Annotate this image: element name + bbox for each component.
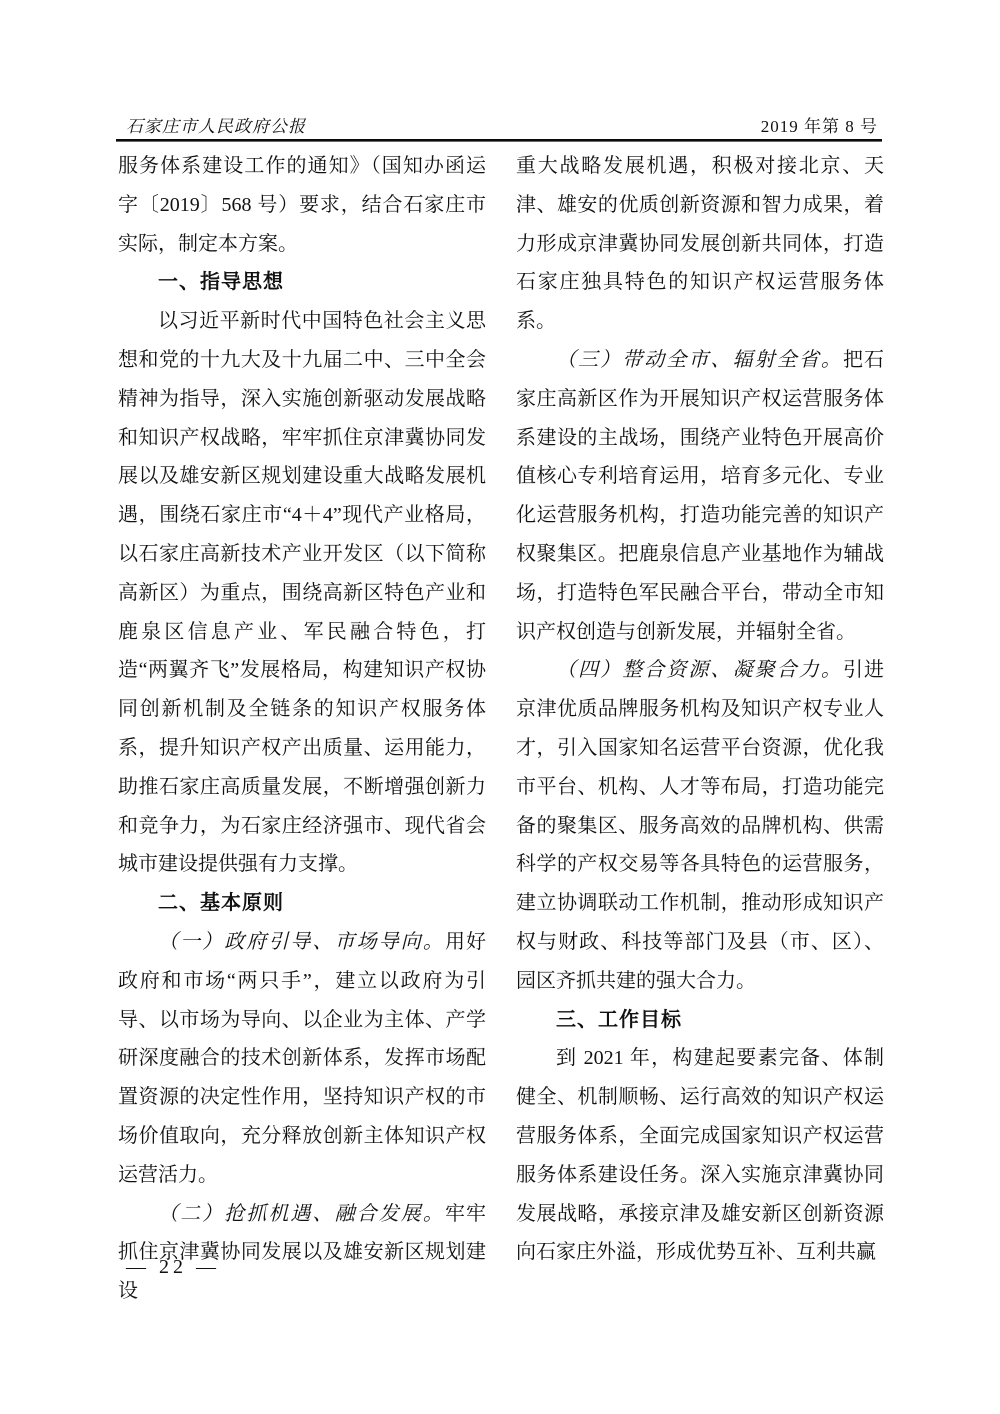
running-header: 石家庄市人民政府公报 2019 年第 8 号	[116, 108, 882, 138]
paragraph: （一）政府引导、市场导向。用好政府和市场“两只手”，建立以政府为引导、以市场为导…	[118, 923, 486, 1195]
header-rule	[116, 139, 882, 142]
paragraph-lead: （三）带动全市、辐射全省。	[556, 349, 843, 371]
page-number: — 22 —	[126, 1256, 220, 1279]
section-heading: 三、工作目标	[516, 1001, 884, 1040]
paragraph-lead: （二）抢抓机遇、融合发展。	[158, 1203, 445, 1225]
paragraph: （四）整合资源、凝聚合力。引进京津优质品牌服务机构及知识产权专业人才，引入国家知…	[516, 651, 884, 1000]
paragraph: （三）带动全市、辐射全省。把石家庄高新区作为开展知识产权运营服务体系建设的主战场…	[516, 341, 884, 651]
section-heading: 二、基本原则	[118, 884, 486, 923]
paragraph-lead: （一）政府引导、市场导向。	[158, 931, 445, 953]
paragraph: 到 2021 年，构建起要素完备、体制健全、机制顺畅、运行高效的知识产权运营服务…	[516, 1039, 884, 1272]
column-right: 重大战略发展机遇，积极对接北京、天津、雄安的优质创新资源和智力成果，着力形成京津…	[516, 147, 884, 1272]
paragraph: 服务体系建设工作的通知》（国知办函运字〔2019〕568 号）要求，结合石家庄市…	[118, 147, 486, 263]
section-heading: 一、指导思想	[118, 263, 486, 302]
paragraph: 以习近平新时代中国特色社会主义思想和党的十九大及十九届二中、三中全会精神为指导，…	[118, 302, 486, 884]
paragraph-lead: （四）整合资源、凝聚合力。	[556, 659, 843, 681]
column-left: 服务体系建设工作的通知》（国知办函运字〔2019〕568 号）要求，结合石家庄市…	[118, 147, 486, 1311]
header-publication-title: 石家庄市人民政府公报	[126, 112, 306, 137]
paragraph: （二）抢抓机遇、融合发展。牢牢抓住京津冀协同发展以及雄安新区规划建设	[118, 1195, 486, 1311]
gazette-page: 石家庄市人民政府公报 2019 年第 8 号 服务体系建设工作的通知》（国知办函…	[0, 0, 1000, 1414]
paragraph: 重大战略发展机遇，积极对接北京、天津、雄安的优质创新资源和智力成果，着力形成京津…	[516, 147, 884, 341]
header-issue-number: 2019 年第 8 号	[761, 112, 878, 137]
